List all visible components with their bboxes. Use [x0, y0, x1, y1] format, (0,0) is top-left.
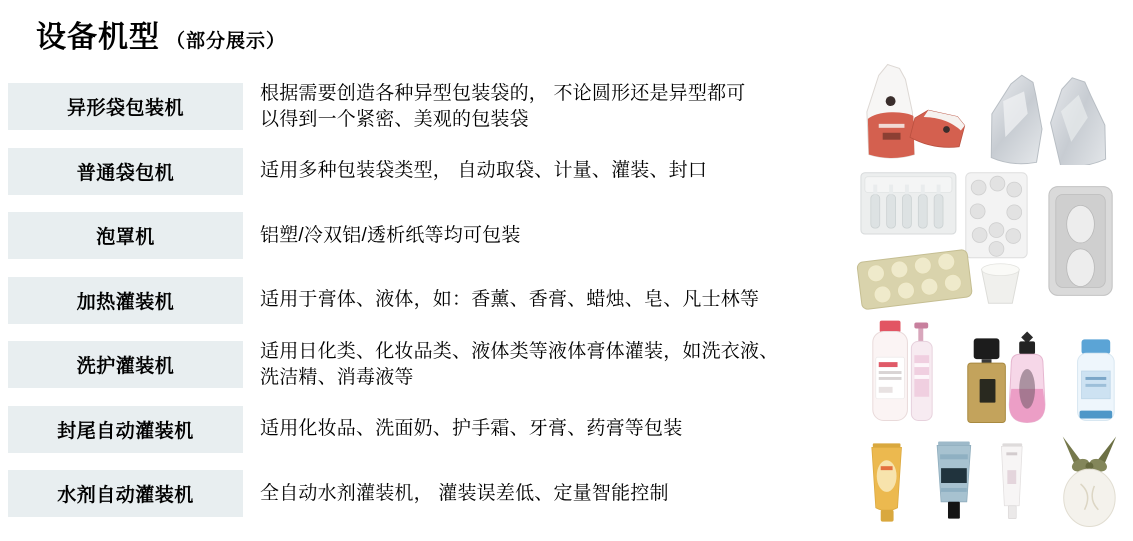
- blister-packs-illustration: [855, 168, 1130, 310]
- tubes-and-medallion-photo: [855, 436, 1130, 531]
- page-title: 设备机型: [36, 12, 160, 56]
- liquid-bottles-illustration: [855, 315, 1130, 432]
- machine-description: 适用多种包装袋类型， 自动取袋、计量、灌装、封口: [260, 158, 845, 184]
- machine-description: 适用化妆品、洗面奶、护手霜、牙膏、药膏等包装: [260, 416, 845, 442]
- machine-row-tail-sealing: 封尾自动灌装机 适用化妆品、洗面奶、护手霜、牙膏、药膏等包装: [8, 406, 845, 453]
- machine-label: 泡罩机: [8, 212, 243, 259]
- machine-row-shaped-bag: 异形袋包装机 根据需要创造各种异型包装袋的， 不论圆形还是异型都可 以得到一个紧…: [8, 83, 845, 130]
- machine-row-heat-filling: 加热灌装机 适用于膏体、液体，如：香薰、香膏、蜡烛、皂、凡士林等: [8, 277, 845, 324]
- machine-label: 加热灌装机: [8, 277, 243, 324]
- page-header: 设备机型 （部分展示）: [36, 12, 286, 56]
- blister-packs-photo: [855, 168, 1130, 310]
- machine-row-normal-bag: 普通袋包机 适用多种包装袋类型， 自动取袋、计量、灌装、封口: [8, 148, 845, 195]
- machine-description: 铝塑/冷双铝/透析纸等均可包装: [260, 223, 845, 249]
- page-subtitle: （部分展示）: [166, 26, 286, 53]
- machine-row-water-filling: 水剂自动灌装机 全自动水剂灌装机， 灌装误差低、定量智能控制: [8, 470, 845, 517]
- slide: 设备机型 （部分展示） 异形袋包装机 根据需要创造各种异型包装袋的， 不论圆形还…: [0, 0, 1133, 541]
- machine-label: 普通袋包机: [8, 148, 243, 195]
- machine-description: 适用于膏体、液体，如：香薰、香膏、蜡烛、皂、凡士林等: [260, 287, 845, 313]
- shaped-pouches-illustration: [855, 57, 1130, 165]
- machine-label: 水剂自动灌装机: [8, 470, 243, 517]
- machine-label: 封尾自动灌装机: [8, 406, 243, 453]
- machine-label: 洗护灌装机: [8, 341, 243, 388]
- machine-description: 适用日化类、化妆品类、液体类等液体膏体灌装，如洗衣液、 洗洁精、消毒液等: [260, 339, 845, 391]
- machine-row-care-filling: 洗护灌装机 适用日化类、化妆品类、液体类等液体膏体灌装，如洗衣液、 洗洁精、消毒…: [8, 341, 845, 388]
- machine-list: 异形袋包装机 根据需要创造各种异型包装袋的， 不论圆形还是异型都可 以得到一个紧…: [8, 83, 845, 517]
- machine-row-blister: 泡罩机 铝塑/冷双铝/透析纸等均可包装: [8, 212, 845, 259]
- tubes-illustration: [855, 436, 1130, 531]
- machine-label: 异形袋包装机: [8, 83, 243, 130]
- machine-description: 全自动水剂灌装机， 灌装误差低、定量智能控制: [260, 481, 845, 507]
- shaped-pouches-photo: [855, 57, 1130, 165]
- liquid-bottles-photo: [855, 315, 1130, 432]
- machine-description: 根据需要创造各种异型包装袋的， 不论圆形还是异型都可 以得到一个紧密、美观的包装…: [260, 81, 845, 133]
